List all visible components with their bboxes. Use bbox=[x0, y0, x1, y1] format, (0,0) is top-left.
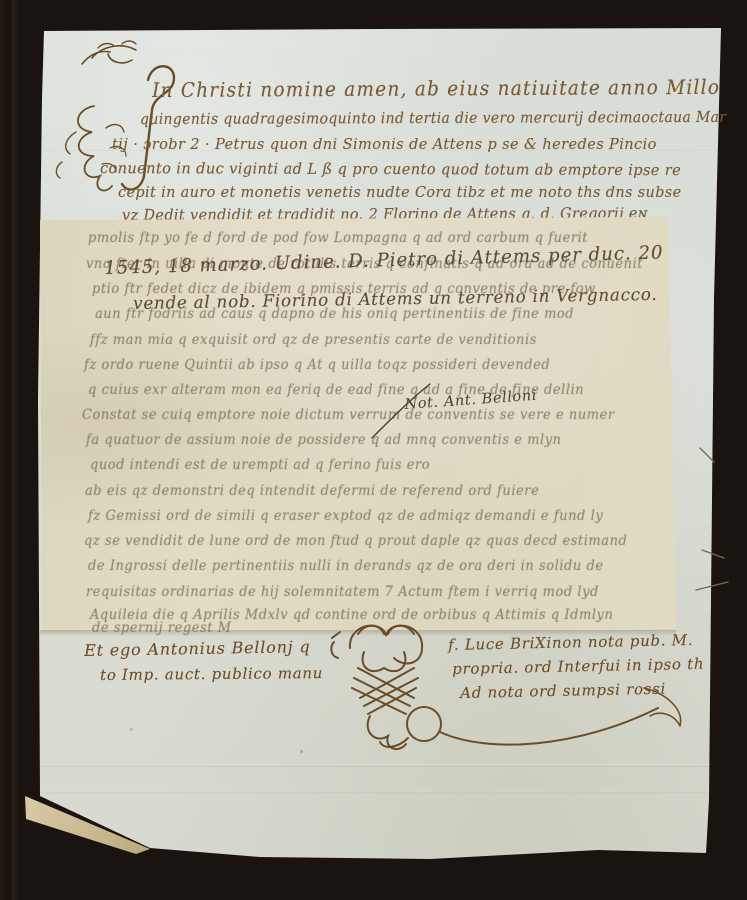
subscription-left-line: to Imp. auct. publico manu bbox=[100, 664, 323, 684]
showthrough-line: Constat se cuiq emptore noie dictum verr… bbox=[82, 407, 615, 423]
showthrough-line: fa quatuor de assium noie de possidere q… bbox=[86, 432, 562, 448]
showthrough-line: pmolis ftp yo fe d ford de pod fow Lompa… bbox=[88, 230, 588, 246]
showthrough-line: qz se vendidit de lune ord de mon ftud q… bbox=[84, 533, 627, 549]
margin-marks-icon bbox=[692, 430, 737, 630]
subscription-left-line: Et ego Antonius Bellonj q bbox=[84, 637, 311, 660]
parchment-crease bbox=[38, 764, 722, 767]
ink-speck bbox=[300, 750, 303, 753]
latin-line: tij · ɔrobr 2 · Petrus quon dni Simonis … bbox=[112, 135, 657, 153]
showthrough-line: requisitas ordinarias de hij solemnitate… bbox=[86, 584, 599, 600]
manuscript-scan: In Christi nomine amen, ab eius natiuita… bbox=[0, 0, 747, 900]
pen-flourish-icon bbox=[640, 680, 720, 730]
ink-speck bbox=[130, 728, 133, 731]
showthrough-line: de Ingrossi delle pertinentiis nulli in … bbox=[88, 558, 604, 574]
showthrough-line: fz ordo ruene Quintii ab ipso q At q uil… bbox=[84, 357, 550, 373]
latin-line: quingentis quadragesimoquinto ind tertia… bbox=[140, 108, 726, 128]
showthrough-line: fz Gemissi ord de simili q eraser exptod… bbox=[88, 508, 603, 524]
showthrough-line: quod intendi est de urempti ad q ferino … bbox=[90, 457, 430, 473]
showthrough-line: ab eis qz demonstri deq intendit defermi… bbox=[85, 483, 539, 499]
showthrough-line: ffz man mia q exquisit ord qz de present… bbox=[90, 332, 537, 348]
latin-line: In Christi nomine amen, ab eius natiuita… bbox=[152, 75, 720, 102]
latin-line: conuento in duc viginti ad L ß q pro cue… bbox=[100, 159, 681, 179]
parchment-crease bbox=[38, 790, 722, 793]
showthrough-line: de spernij regest M bbox=[92, 620, 232, 636]
latin-line: cepit in auro et monetis venetis nudte C… bbox=[118, 183, 681, 201]
